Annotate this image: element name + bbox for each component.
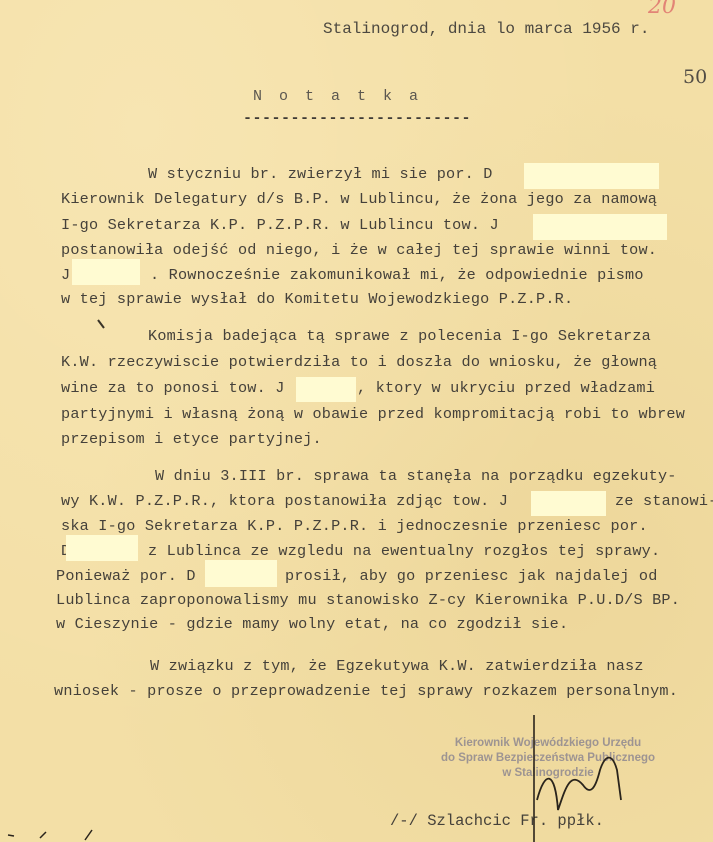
p3-line2-cont: ze stanowi- [615, 492, 713, 510]
date-line: Stalinogrod, dnia lo marca 1956 r. [323, 20, 649, 38]
document-page: 20 Stalinogrod, dnia lo marca 1956 r. 50… [0, 0, 713, 842]
stamp-line3: w Stalinogrodzie [428, 766, 668, 781]
p4-line1: W związku z tym, że Egzekutywa K.W. zatw… [150, 657, 644, 675]
p1-line5: J [61, 266, 70, 284]
p3-line4-cont: z Lublinca ze wzgledu na ewentualny rozg… [148, 542, 660, 560]
handwritten-red-mark: 20 [648, 0, 676, 19]
document-title: Notatka [253, 88, 435, 105]
p2-line1: Komisja badejąca tą sprawe z polecenia I… [148, 327, 651, 345]
redaction-box [205, 560, 277, 587]
p2-line3-cont: , ktory w ukryciu przed władzami [357, 379, 655, 397]
title-underline: ------------------------ [243, 110, 471, 127]
redaction-box [66, 535, 138, 561]
p2-line5: przepisom i etyce partyjnej. [61, 430, 322, 448]
stamp-line2: do Spraw Bezpieczeństwa Publicznego [428, 751, 668, 766]
p2-line3: wine za to ponosi tow. J [61, 379, 285, 397]
p1-line2: Kierownik Delegatury d/s B.P. w Lublincu… [61, 190, 657, 208]
p1-line6: w tej sprawie wysłał do Komitetu Wojewod… [61, 290, 573, 308]
p4-line2: wniosek - prosze o przeprowadzenie tej s… [54, 682, 678, 700]
p1-line3: I-go Sekretarza K.P. P.Z.P.R. w Lublincu… [61, 216, 499, 234]
stamp-line1: Kierownik Wojewódzkiego Urzędu [428, 736, 668, 751]
p3-line3: ska I-go Sekretarza K.P. P.Z.P.R. i jedn… [61, 517, 648, 535]
p2-line2: K.W. rzeczywiscie potwierdziła to i dosz… [61, 353, 657, 371]
redaction-box [533, 214, 667, 240]
official-stamp: Kierownik Wojewódzkiego Urzędu do Spraw … [428, 736, 668, 781]
p1-line4: postanowiła odejść od niego, i że w całe… [61, 241, 657, 259]
redaction-box [296, 377, 356, 402]
p3-line7: w Cieszynie - gdzie mamy wolny etat, na … [56, 615, 568, 633]
p3-line5-cont: prosił, aby go przeniesc jak najdalej od [285, 567, 658, 585]
redaction-box [531, 491, 606, 516]
p2-line4: partyjnymi i własną żoną w obawie przed … [61, 405, 685, 423]
p1-line5-cont: . Rownocześnie zakomunikował mi, że odpo… [150, 266, 644, 284]
redaction-box [72, 259, 140, 285]
page-number: 50 [683, 66, 707, 88]
p3-line6: Lublinca zaproponowalismy mu stanowisko … [56, 591, 680, 609]
p3-line1: W dniu 3.III br. sprawa ta stanęła na po… [155, 467, 677, 485]
redaction-box [524, 163, 659, 189]
signature-line: /-/ Szlachcic Fr. ppłk. [390, 812, 604, 830]
p3-line2: wy K.W. P.Z.P.R., ktora postanowiła zdją… [61, 492, 508, 510]
p1-line1: W styczniu br. zwierzył mi sie por. D [148, 165, 493, 183]
p3-line5: Ponieważ por. D [56, 567, 196, 585]
